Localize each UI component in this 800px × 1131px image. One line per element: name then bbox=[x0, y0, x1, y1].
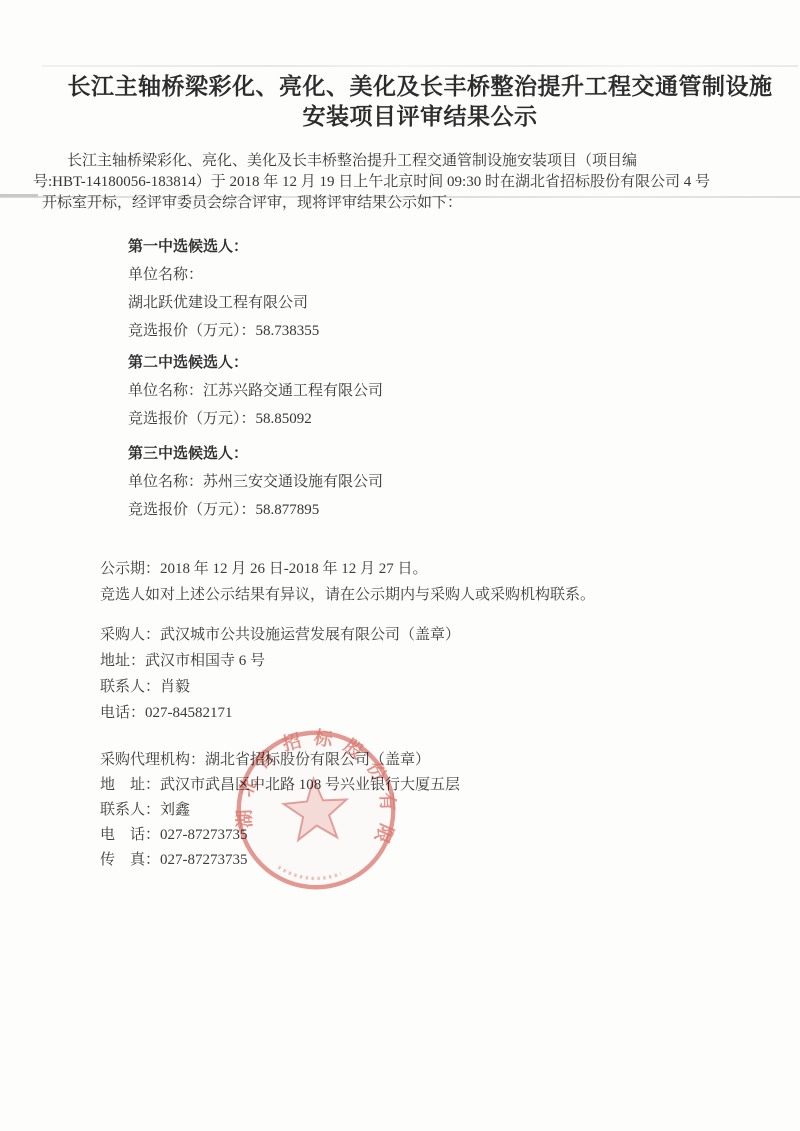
candidate-unit-name: 湖北跃优建设工程有限公司 bbox=[128, 289, 319, 317]
purchaser-contact-section: 采购人：武汉城市公共设施运营发展有限公司（盖章） 地址：武汉市相国寺 6 号 联… bbox=[100, 622, 460, 726]
candidate-heading: 第二中选候选人： bbox=[128, 349, 383, 377]
candidate-unit-line: 单位名称：苏州三安交通设施有限公司 bbox=[128, 468, 383, 496]
document-title-line2: 安装项目评审结果公示 bbox=[40, 102, 800, 132]
candidate-unit-line: 单位名称：江苏兴路交通工程有限公司 bbox=[128, 377, 383, 405]
agency-name-line: 采购代理机构：湖北省招标股份有限公司（盖章） bbox=[100, 748, 460, 773]
intro-line: 长江主轴桥梁彩化、亮化、美化及长丰桥整治提升工程交通管制设施安装项目（项目编 bbox=[33, 151, 773, 172]
candidate-heading: 第三中选候选人： bbox=[128, 440, 383, 468]
candidate-price: 竞选报价（万元）：58.85092 bbox=[128, 405, 383, 433]
candidate-heading: 第一中选候选人： bbox=[128, 233, 319, 261]
purchaser-name-line: 采购人：武汉城市公共设施运营发展有限公司（盖章） bbox=[100, 622, 460, 648]
purchaser-phone-line: 电话：027-84582171 bbox=[100, 700, 460, 726]
intro-line: 号:HBT-14180056-183814）于 2018 年 12 月 19 日… bbox=[33, 172, 773, 193]
document-title: 长江主轴桥梁彩化、亮化、美化及长丰桥整治提升工程交通管制设施 安装项目评审结果公… bbox=[40, 72, 800, 132]
candidate-unit-label: 单位名称： bbox=[128, 261, 319, 289]
agency-contact-section: 采购代理机构：湖北省招标股份有限公司（盖章） 地 址：武汉市武昌区中北路 108… bbox=[100, 748, 460, 873]
intro-paragraph: 长江主轴桥梁彩化、亮化、美化及长丰桥整治提升工程交通管制设施安装项目（项目编 号… bbox=[33, 151, 773, 214]
purchaser-contact-line: 联系人：肖毅 bbox=[100, 674, 460, 700]
candidate-section-second: 第二中选候选人： 单位名称：江苏兴路交通工程有限公司 竞选报价（万元）：58.8… bbox=[128, 349, 383, 433]
publicity-period-line: 公示期：2018 年 12 月 26 日-2018 年 12 月 27 日。 bbox=[100, 556, 595, 582]
scan-artifact-line bbox=[42, 65, 798, 67]
agency-phone-line: 电 话：027-87273735 bbox=[100, 823, 460, 848]
intro-line: 开标室开标，经评审委员会综合评审，现将评审结果公示如下： bbox=[33, 193, 773, 214]
agency-address-line: 地 址：武汉市武昌区中北路 108 号兴业银行大厦五层 bbox=[100, 773, 460, 798]
candidate-price: 竞选报价（万元）：58.877895 bbox=[128, 496, 383, 524]
publicity-period-section: 公示期：2018 年 12 月 26 日-2018 年 12 月 27 日。 竞… bbox=[100, 556, 595, 608]
candidate-price: 竞选报价（万元）：58.738355 bbox=[128, 317, 319, 345]
agency-contact-line: 联系人：刘鑫 bbox=[100, 798, 460, 823]
publicity-objection-line: 竞选人如对上述公示结果有异议，请在公示期内与采购人或采购机构联系。 bbox=[100, 582, 595, 608]
candidate-section-first: 第一中选候选人： 单位名称： 湖北跃优建设工程有限公司 竞选报价（万元）：58.… bbox=[128, 233, 319, 345]
candidate-section-third: 第三中选候选人： 单位名称：苏州三安交通设施有限公司 竞选报价（万元）：58.8… bbox=[128, 440, 383, 524]
purchaser-address-line: 地址：武汉市相国寺 6 号 bbox=[100, 648, 460, 674]
document-title-line1: 长江主轴桥梁彩化、亮化、美化及长丰桥整治提升工程交通管制设施 bbox=[40, 72, 800, 102]
scanned-document-page: 长江主轴桥梁彩化、亮化、美化及长丰桥整治提升工程交通管制设施 安装项目评审结果公… bbox=[0, 0, 800, 1131]
agency-fax-line: 传 真：027-87273735 bbox=[100, 848, 460, 873]
